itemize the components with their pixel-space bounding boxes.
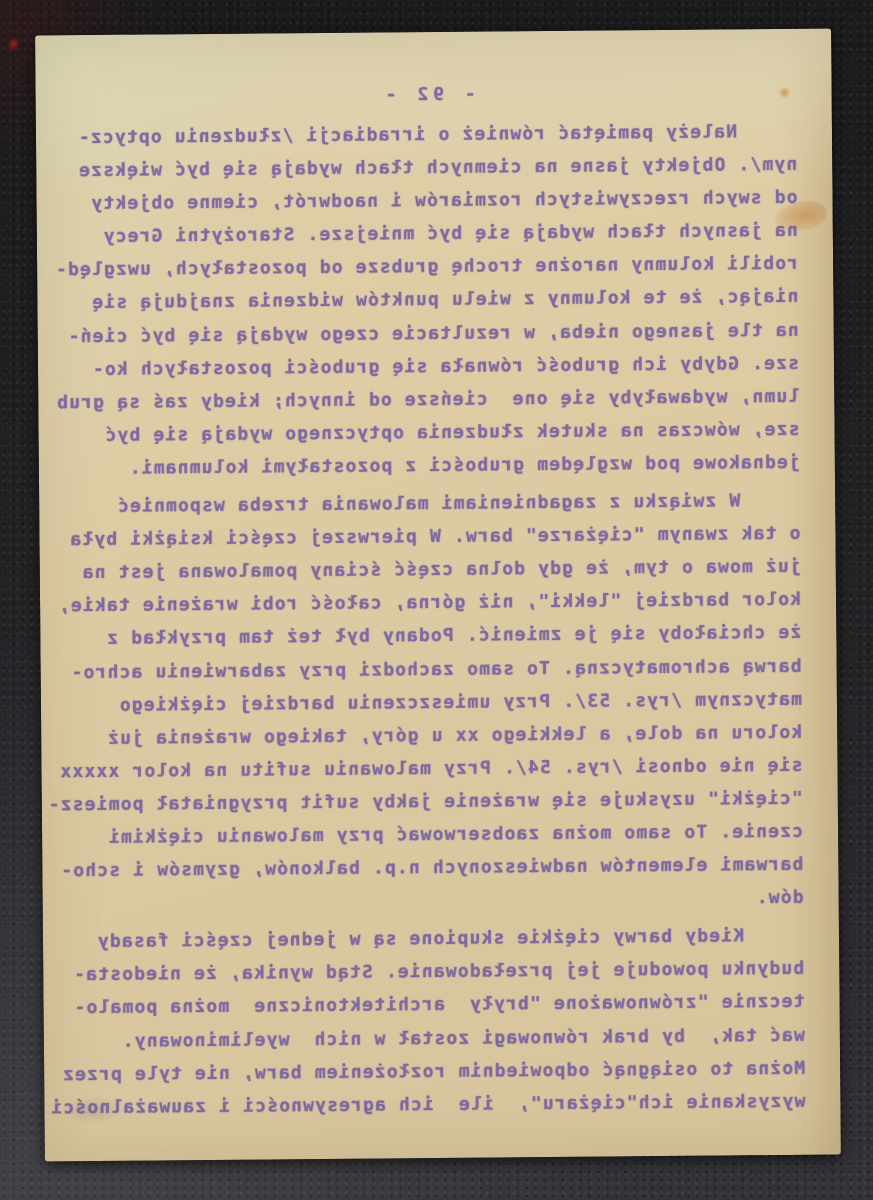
text-body: Należy pamiętać również o irradiacji /zł… xyxy=(60,115,806,1124)
mirrored-text-layer: - 92 - Należy pamiętać również o irradia… xyxy=(35,29,841,1162)
text-line: barwami elementów nadwieszonych n.p. bal… xyxy=(66,848,803,888)
paragraph: Kiedy barwy ciężkie skupione są w jednej… xyxy=(67,919,806,1124)
paper-sheet: - 92 - Należy pamiętać również o irradia… xyxy=(35,29,841,1162)
page-number: - 92 - xyxy=(60,82,797,108)
photo-background: - 92 - Należy pamiętać również o irradia… xyxy=(0,0,873,1200)
paragraph: W związku z zagadnieniami malowania trze… xyxy=(63,484,804,921)
red-paint-speck xyxy=(7,37,19,52)
text-line: dów. xyxy=(67,881,804,921)
text-line: jednakowe pod względem grubości z pozost… xyxy=(63,446,800,486)
text-line: wyzyskanie ich"ciężaru", ile ich agresyw… xyxy=(68,1085,805,1125)
paragraph: Należy pamiętać również o irradiacji /zł… xyxy=(60,115,800,485)
